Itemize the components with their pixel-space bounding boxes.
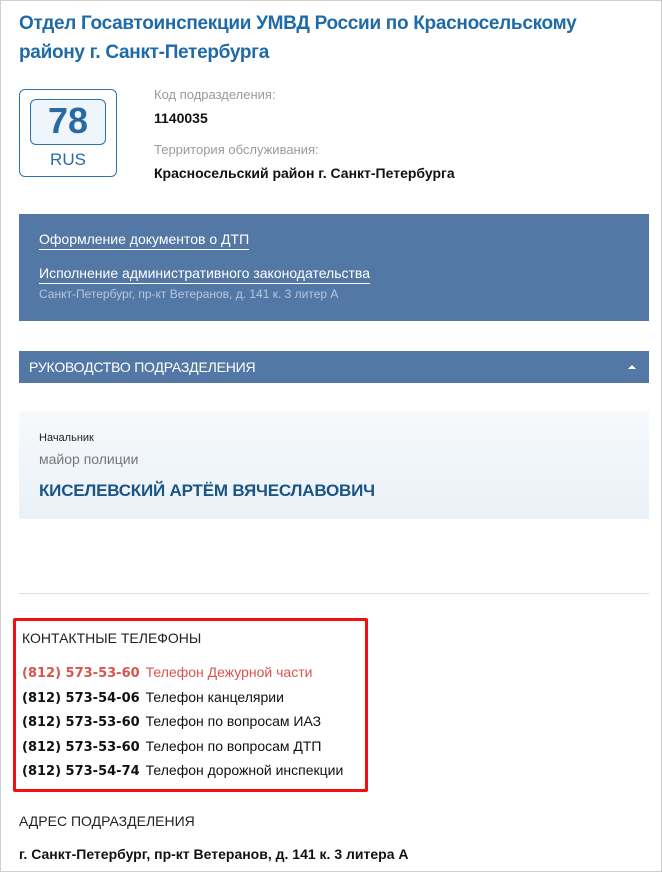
- phone-number[interactable]: (812) 573-53-60: [22, 666, 140, 681]
- link-accident-documents[interactable]: Оформление документов о ДТП: [39, 230, 249, 250]
- services-address: Санкт-Петербург, пр-кт Ветеранов, д. 141…: [39, 287, 338, 301]
- phone-row: (812) 573-53-60Телефон Дежурной части: [22, 664, 312, 681]
- region-code: 78: [30, 99, 106, 145]
- chief-name: КИСЕЛЕВСКИЙ АРТЁМ ВЯЧЕСЛАВОВИЧ: [39, 481, 375, 501]
- services-panel: Оформление документов о ДТП Исполнение а…: [19, 214, 649, 321]
- phone-row: (812) 573-54-74Телефон дорожной инспекци…: [22, 762, 343, 779]
- contacts-title: КОНТАКТНЫЕ ТЕЛЕФОНЫ: [22, 630, 201, 646]
- phone-description: Телефон Дежурной части: [146, 664, 313, 680]
- phone-number[interactable]: (812) 573-54-74: [22, 764, 140, 779]
- phone-number[interactable]: (812) 573-53-60: [22, 740, 140, 755]
- region-plate: 78 RUS: [19, 89, 117, 177]
- page-title: Отдел Госавтоинспекции УМВД России по Кр…: [19, 9, 644, 67]
- page-frame: Отдел Госавтоинспекции УМВД России по Кр…: [0, 0, 662, 872]
- phone-row: (812) 573-53-60Телефон по вопросам ДТП: [22, 738, 322, 755]
- phone-row: (812) 573-53-60Телефон по вопросам ИАЗ: [22, 713, 321, 730]
- address-title: АДРЕС ПОДРАЗДЕЛЕНИЯ: [19, 813, 195, 829]
- leadership-title: РУКОВОДСТВО ПОДРАЗДЕЛЕНИЯ: [29, 359, 255, 375]
- address-value: г. Санкт-Петербург, пр-кт Ветеранов, д. …: [19, 846, 408, 862]
- territory-label: Территория обслуживания:: [154, 142, 319, 157]
- link-administrative-law[interactable]: Исполнение административного законодател…: [39, 264, 370, 284]
- phone-number[interactable]: (812) 573-53-60: [22, 715, 140, 730]
- chief-card: Начальник майор полиции КИСЕЛЕВСКИЙ АРТЁ…: [19, 411, 649, 519]
- phone-description: Телефон канцелярии: [146, 689, 284, 705]
- chief-role: Начальник: [39, 432, 94, 444]
- phone-number[interactable]: (812) 573-54-06: [22, 691, 140, 706]
- contact-phones-section: КОНТАКТНЫЕ ТЕЛЕФОНЫ (812) 573-53-60Телеф…: [13, 618, 368, 792]
- territory-value: Красносельский район г. Санкт-Петербурга: [154, 165, 455, 181]
- phone-description: Телефон по вопросам ИАЗ: [146, 713, 321, 729]
- country-code: RUS: [20, 150, 116, 170]
- phone-description: Телефон по вопросам ДТП: [146, 738, 322, 754]
- leadership-accordion-header[interactable]: РУКОВОДСТВО ПОДРАЗДЕЛЕНИЯ: [19, 351, 649, 383]
- code-value: 1140035: [154, 110, 208, 126]
- section-divider: [19, 593, 649, 594]
- code-label: Код подразделения:: [154, 87, 276, 102]
- chief-rank: майор полиции: [39, 451, 138, 467]
- phone-row: (812) 573-54-06Телефон канцелярии: [22, 689, 284, 706]
- caret-up-icon[interactable]: [628, 365, 636, 369]
- phone-description: Телефон дорожной инспекции: [146, 762, 344, 778]
